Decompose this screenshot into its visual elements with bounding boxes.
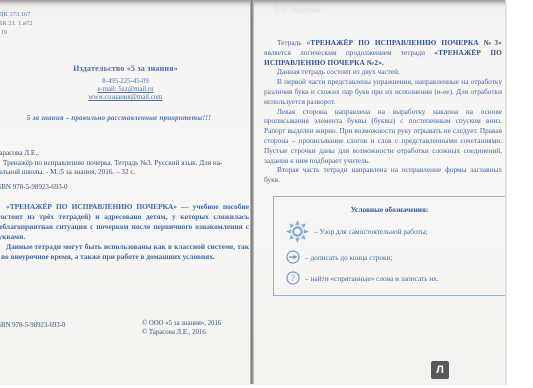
legend-label-finish-line: – дописать до конца строки; xyxy=(305,253,393,262)
footer-isbn: ISBN 978-5-98923-693-0 xyxy=(0,322,65,329)
intro-paragraph-4: Левая сторона направлена на выработку на… xyxy=(264,107,502,166)
legend-item-finish-line: – дописать до конца строки; xyxy=(286,250,505,264)
left-page: УДК 373.167ББК 21. 1.я72Т 19 Издательств… xyxy=(0,0,251,385)
copyright-author: © Тарасова Л.Е., 2016 xyxy=(142,328,221,337)
publisher-phone: 8-495-225-45-09 xyxy=(0,78,251,85)
publisher-block: Издательство «5 за знания» 8-495-225-45-… xyxy=(0,64,251,101)
arrow-circle-icon xyxy=(286,250,300,264)
introduction-text: Тетрадь «ТРЕНАЖЁР ПО ИСПРАВЛЕНИЮ ПОЧЕРКА… xyxy=(264,38,502,185)
bbk-line: ББК 21. 1.я72 xyxy=(0,19,33,28)
legend-item-pattern: – Узор для самостоятельной работы; xyxy=(286,220,505,243)
annotation-paragraph-1: «ТРЕНАЖЁР ПО ИСПРАВЛЕНИЮ ПОЧЕРКА» — учеб… xyxy=(0,202,249,242)
intro-paragraph-2: Данная тетрадь состоит из двух частей. xyxy=(264,67,502,77)
svg-text:?: ? xyxy=(291,273,295,283)
intro-p1-normal: Тетрадь xyxy=(277,38,307,47)
annotation-paragraph-2: Данные тетради могут быть использованы к… xyxy=(0,242,249,262)
publisher-email: e-mail: 5zz@mail.ru xyxy=(0,86,251,93)
show-through-text: Т.Л. Тарасова xyxy=(274,5,394,19)
annotation-block: «ТРЕНАЖЁР ПО ИСПРАВЛЕНИЮ ПОЧЕРКА» — учеб… xyxy=(0,202,249,262)
publisher-slogan: 5 за знания – правильно расставленные пр… xyxy=(0,114,244,122)
author-code-line: Т 19 xyxy=(0,28,33,37)
intro-paragraph-5: Вторая часть тетради направлена на испра… xyxy=(264,165,502,185)
udk-line: УДК 373.167 xyxy=(0,10,33,19)
publisher-website: www.сознания@mail.com xyxy=(0,94,251,101)
scanned-spread: УДК 373.167ББК 21. 1.я72Т 19 Издательств… xyxy=(0,0,507,385)
legend-box: Условные обозначения: xyxy=(273,196,506,296)
intro-paragraph-3: В первой части представлены упражнения, … xyxy=(264,77,502,106)
intro-p1-title3: «ТРЕНАЖЁР ПО ИСПРАВЛЕНИЮ ПОЧЕРКА №3» xyxy=(307,38,503,47)
right-page: Т.Л. Тарасова Тетрадь «ТРЕНАЖЁР ПО ИСПРА… xyxy=(254,0,506,385)
legend-title: Условные обозначения: xyxy=(274,205,505,214)
intro-paragraph-1: Тетрадь «ТРЕНАЖЁР ПО ИСПРАВЛЕНИЮ ПОЧЕРКА… xyxy=(264,38,502,67)
question-circle-icon: ? xyxy=(286,271,300,285)
legend-label-hidden-words: – найти «спрятанные» слова и записать их… xyxy=(305,274,439,283)
udk-block: УДК 373.167ББК 21. 1.я72Т 19 xyxy=(0,10,33,37)
biblio-author: Тарасова Л.Е., xyxy=(0,149,249,159)
labirint-logo-letter: Л xyxy=(436,365,444,376)
book-spread-scan: УДК 373.167ББК 21. 1.я72Т 19 Издательств… xyxy=(0,0,533,388)
legend-item-hidden-words: ? – найти «спрятанные» слова и записать … xyxy=(286,271,505,285)
copyright-publisher: © ООО «5 за знания», 2016 xyxy=(142,319,221,328)
legend-label-pattern: – Узор для самостоятельной работы; xyxy=(314,227,428,236)
biblio-isbn: ISBN 978-5-98923-693-0 xyxy=(0,183,68,191)
page-edge-shadow xyxy=(505,0,507,385)
biblio-title-line: Тренажёр по исправлению почерка. Тетрадь… xyxy=(0,159,249,169)
copyright-block: © ООО «5 за знания», 2016 © Тарасова Л.Е… xyxy=(142,319,221,338)
publisher-name: Издательство «5 за знания» xyxy=(0,64,251,73)
biblio-title-line2: чальной школы. - М.:5 за знания, 2016. –… xyxy=(0,168,249,178)
intro-p1-normal2: является логическим продолжением тетради xyxy=(264,48,434,57)
bibliographic-record: Тарасова Л.Е., Тренажёр по исправлению п… xyxy=(0,149,249,178)
labirint-logo: Л xyxy=(431,361,449,379)
sun-pattern-icon xyxy=(286,220,309,243)
